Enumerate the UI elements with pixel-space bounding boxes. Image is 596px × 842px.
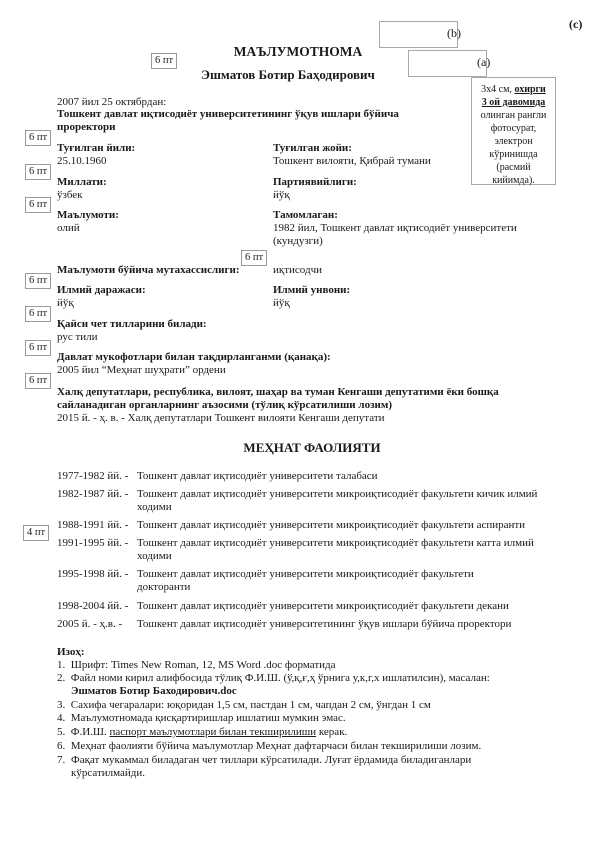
photo-note-line: олинган рангли xyxy=(472,109,555,122)
work-date: 1977-1982 йй. - xyxy=(57,470,137,483)
birth-place-label: Туғилган жойи: xyxy=(273,142,352,155)
photo-note-line: кўринишда xyxy=(472,148,555,161)
graduated-value: 1982 йил, Тошкент давлат иқтисодиёт унив… xyxy=(273,222,517,235)
deputy-value: 2015 й. - ҳ. в. - Халқ депутатлари Тошке… xyxy=(57,412,385,425)
deputy-label-cont: сайланадиган органларнинг аъзосими (тўли… xyxy=(57,399,392,412)
degree-label: Илмий даражаси: xyxy=(57,284,146,297)
work-heading: МЕҲНАТ ФАОЛИЯТИ xyxy=(14,440,596,456)
person-name: Эшматов Ботир Баҳодирович xyxy=(0,67,586,83)
photo-note-line: электрон xyxy=(472,135,555,148)
birth-year-value: 25.10.1960 xyxy=(57,155,107,168)
spacing-tag: 6 пт xyxy=(25,373,51,389)
work-text: Тошкент давлат иқтисодиёт университети м… xyxy=(137,568,517,594)
work-text: Тошкент давлат иқтисодиёт университети м… xyxy=(137,537,537,563)
education-value: олий xyxy=(57,222,80,235)
work-date: 2005 й. - ҳ.в. - xyxy=(57,618,137,631)
note-item-5: 5. Ф.И.Ш. паспорт маълумотлари билан тек… xyxy=(57,726,347,739)
note-text: керак. xyxy=(316,726,347,738)
work-text: Тошкент давлат иқтисодиёт университети м… xyxy=(137,600,577,613)
spacing-tag: 6 пт xyxy=(25,340,51,356)
work-date: 1982-1987 йй. - xyxy=(57,488,137,501)
spacing-tag: 6 пт xyxy=(25,306,51,322)
work-date: 1995-1998 йй. - xyxy=(57,568,137,581)
work-item: 1982-1987 йй. -Тошкент давлат иқтисодиёт… xyxy=(57,488,547,514)
photo-note-line: кийимда). xyxy=(472,174,555,187)
spacing-tag: 6 пт xyxy=(151,53,177,69)
note-text: Шрифт: Times New Roman, 12, MS Word .doc… xyxy=(71,659,336,671)
marker-b: (b) xyxy=(447,26,461,41)
work-text: Тошкент давлат иқтисодиёт университети т… xyxy=(137,470,557,483)
work-item: 2005 й. - ҳ.в. -Тошкент давлат иқтисодиё… xyxy=(57,618,577,631)
awards-label: Давлат мукофотлари билан тақдирланганми … xyxy=(57,351,331,364)
note-item-6: 6. Меҳнат фаолияти бўйича маълумотлар Ме… xyxy=(57,740,481,753)
birth-place-value: Тошкент вилояти, Қибрай тумани xyxy=(273,155,431,168)
note-text: Фақат мукаммал биладаган чет тиллари кўр… xyxy=(71,754,517,780)
party-label: Партиявийлиги: xyxy=(273,176,357,189)
spacing-tag: 6 пт xyxy=(25,273,51,289)
photo-note-period: 3 ой давомида xyxy=(482,97,546,108)
note-item-4: 4. Маълумотномада қисқартиришлар ишлатиш… xyxy=(57,712,346,725)
work-date: 1998-2004 йй. - xyxy=(57,600,137,613)
photo-note-line: фотосурат, xyxy=(472,122,555,135)
work-item: 1988-1991 йй. -Тошкент давлат иқтисодиёт… xyxy=(57,519,577,532)
spacing-tag: 6 пт xyxy=(241,250,267,266)
note-item-1: 1. Шрифт: Times New Roman, 12, MS Word .… xyxy=(57,659,336,672)
work-item: 1995-1998 йй. -Тошкент давлат иқтисодиёт… xyxy=(57,568,517,594)
awards-value: 2005 йил “Меҳнат шуҳрати” ордени xyxy=(57,364,226,377)
work-item: 1991-1995 йй. -Тошкент давлат иқтисодиёт… xyxy=(57,537,537,563)
note-text: Ф.И.Ш. xyxy=(71,726,110,738)
nationality-label: Миллати: xyxy=(57,176,107,189)
note-text: Сахифа чегаралари: юқоридан 1,5 см, паст… xyxy=(71,699,431,711)
specialty-value: иқтисодчи xyxy=(273,264,322,277)
work-item: 1998-2004 йй. -Тошкент давлат иқтисодиёт… xyxy=(57,600,577,613)
notes-heading: Изоҳ: xyxy=(57,646,85,659)
position-title: Тошкент давлат иқтисодиёт университетини… xyxy=(57,108,399,121)
rank-value: йўқ xyxy=(273,297,290,310)
note-item-3: 3. Сахифа чегаралари: юқоридан 1,5 см, п… xyxy=(57,699,431,712)
rank-label: Илмий унвони: xyxy=(273,284,350,297)
work-date: 1991-1995 йй. - xyxy=(57,537,137,550)
note-text: Файл номи кирил алифбосида тўлиқ Ф.И.Ш. … xyxy=(71,672,490,684)
birth-year-label: Туғилган йили: xyxy=(57,142,135,155)
languages-label: Қайси чет тилларини билади: xyxy=(57,318,207,331)
note-text: Маълумотномада қисқартиришлар ишлатиш му… xyxy=(71,712,346,724)
note-item-2: 2. Файл номи кирил алифбосида тўлиқ Ф.И.… xyxy=(57,672,490,685)
work-date: 1988-1991 йй. - xyxy=(57,519,137,532)
photo-note-emphasis: охирги xyxy=(514,84,545,95)
document-title: МАЪЛУМОТНОМА xyxy=(0,44,596,60)
photo-note-line: (расмий xyxy=(472,161,555,174)
marker-c: (c) xyxy=(569,17,582,32)
position-title-cont: проректори xyxy=(57,121,116,134)
note-text: Меҳнат фаолияти бўйича маълумотлар Меҳна… xyxy=(71,740,481,752)
note-text-underlined: паспорт маълумотлари билан текширилиши xyxy=(109,726,316,738)
party-value: йўқ xyxy=(273,189,290,202)
languages-value: рус тили xyxy=(57,331,98,344)
education-label: Маълумоти: xyxy=(57,209,119,222)
spacing-tag: 6 пт xyxy=(25,164,51,180)
nationality-value: ўзбек xyxy=(57,189,83,202)
work-item: 1977-1982 йй. -Тошкент давлат иқтисодиёт… xyxy=(57,470,557,483)
specialty-label: Маълумоти бўйича мутахассислиги: xyxy=(57,264,240,277)
spacing-tag: 6 пт xyxy=(25,130,51,146)
spacing-tag: 4 пт xyxy=(23,525,49,541)
note-item-2-example: Эшматов Ботир Баходирович.doc xyxy=(71,685,237,698)
graduated-label: Тамомлаган: xyxy=(273,209,338,222)
photo-note-size: 3x4 см, xyxy=(481,84,514,95)
photo-placeholder-box: 3x4 см, охирги 3 ой давомида олинган ран… xyxy=(471,77,556,185)
work-text: Тошкент давлат иқтисодиёт университети м… xyxy=(137,519,577,532)
note-item-7: 7.Фақат мукаммал биладаган чет тиллари к… xyxy=(57,754,517,780)
work-text: Тошкент давлат иқтисодиёт университетини… xyxy=(137,618,577,631)
spacing-tag: 6 пт xyxy=(25,197,51,213)
deputy-label: Халқ депутатлари, республика, вилоят, ша… xyxy=(57,386,499,399)
work-text: Тошкент давлат иқтисодиёт университети м… xyxy=(137,488,547,514)
degree-value: йўқ xyxy=(57,297,74,310)
graduated-value-cont: (кундузги) xyxy=(273,235,323,248)
